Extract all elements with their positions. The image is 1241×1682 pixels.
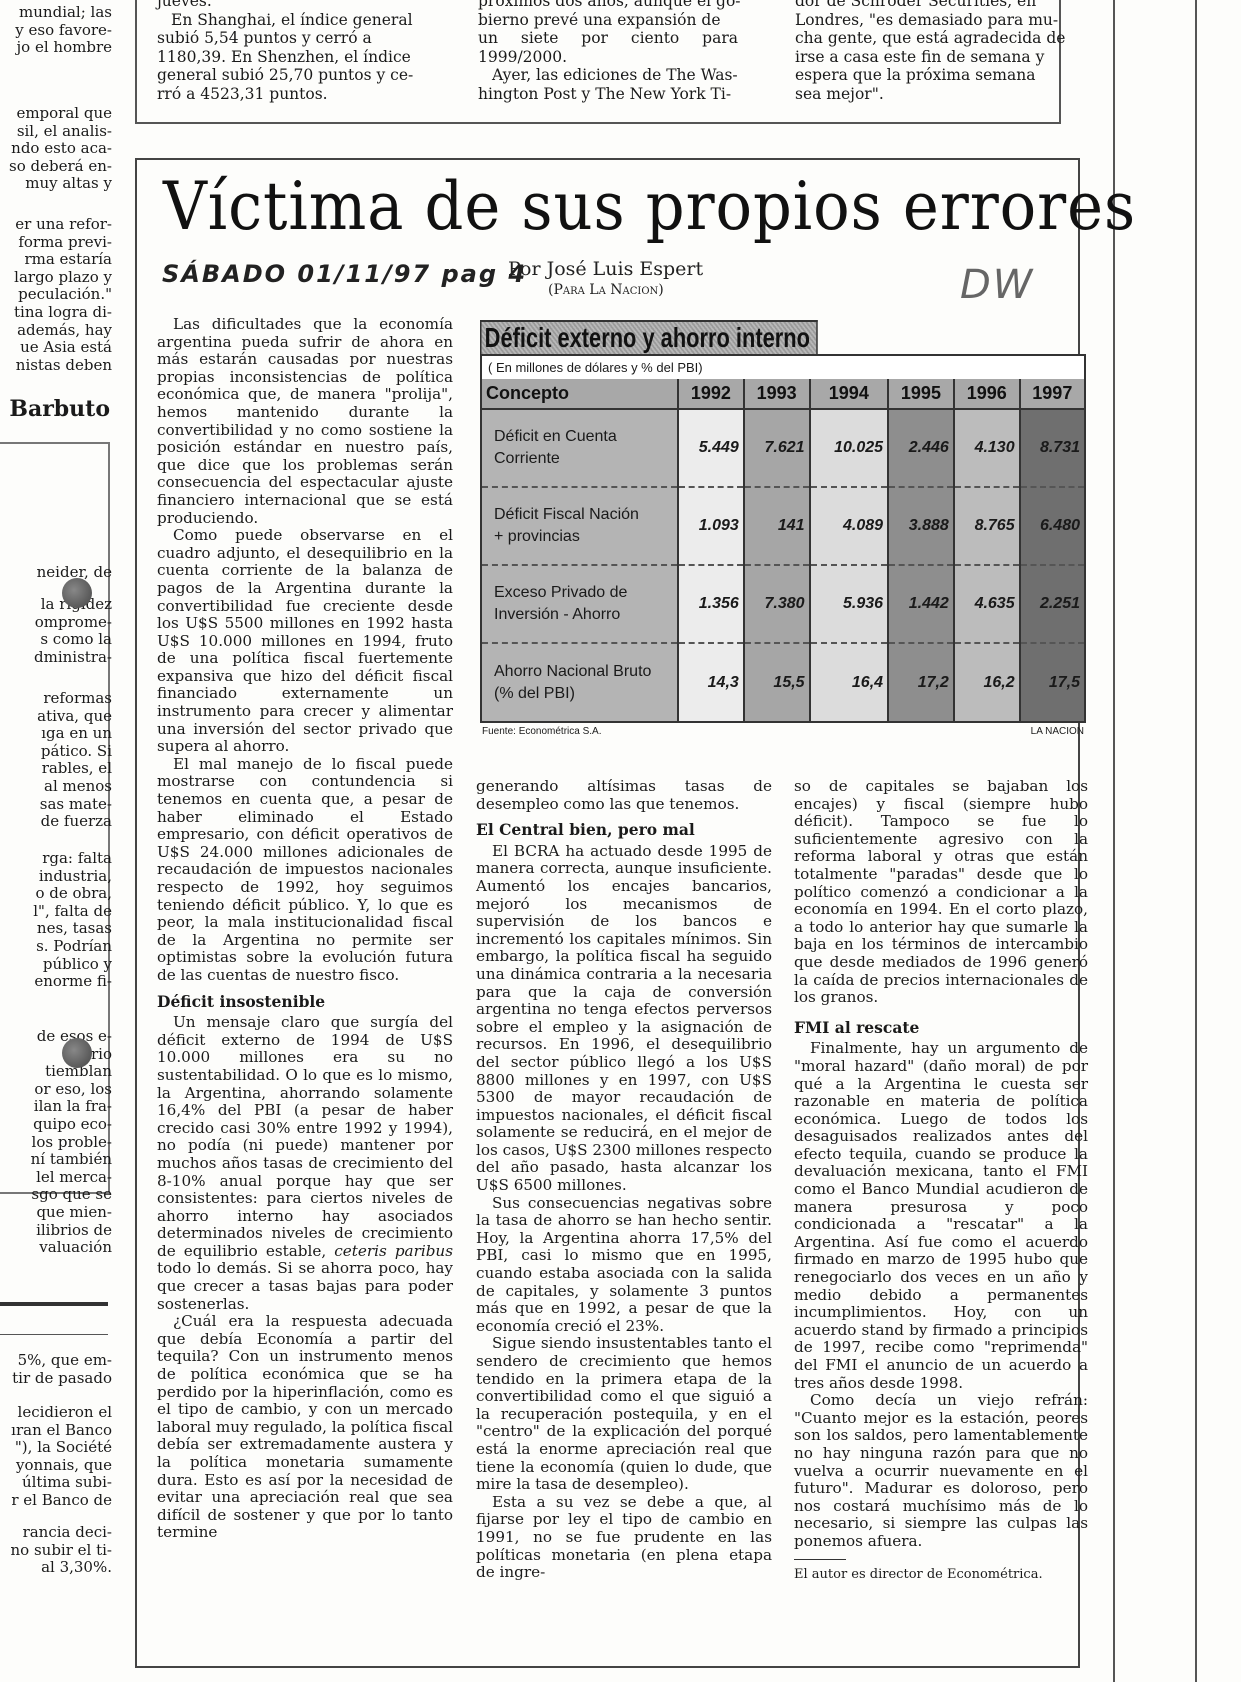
table-cell: 5.449 [678, 409, 744, 487]
table-cell: 8.765 [954, 487, 1020, 565]
row-label-line: + provincias [494, 526, 673, 548]
text-line: er una refor- [0, 216, 112, 234]
text-line: pático. Si [0, 743, 112, 761]
divider-rule [0, 1334, 108, 1335]
text-line: público y [0, 956, 112, 974]
text-line: la rigidez [0, 596, 112, 614]
column-header: 1995 [888, 379, 954, 409]
text-line: omprome- [0, 614, 112, 632]
table-footer: Fuente: Econométrica S.A. LA NACION [480, 723, 1086, 740]
text-line: irse a casa este fin de semana y [795, 48, 1065, 67]
table-cell: 4.635 [954, 565, 1020, 643]
text-line: 5%, que em- [0, 1352, 112, 1370]
hole-punch-mark [62, 578, 92, 608]
text-line: general subió 25,70 puntos y ce- [157, 66, 413, 85]
table-frame: ( En millones de dólares y % del PBI) Co… [480, 354, 1086, 723]
table-cell: 17,5 [1020, 643, 1084, 721]
text-line: neider, de [0, 564, 112, 582]
section-subhead: El Central bien, pero mal [476, 821, 772, 839]
text-line: l", falta de [0, 903, 112, 921]
adjacent-article-fragment-3: neider, de [0, 564, 112, 582]
column-header: 1997 [1020, 379, 1084, 409]
text-line: jueves. [157, 0, 413, 11]
text-line: jo el hombre [0, 39, 112, 57]
adjacent-article-fragment-1: emporal que sil, el analis- ndo esto aca… [0, 105, 112, 193]
section-subhead: FMI al rescate [794, 1019, 1088, 1037]
text-line: rma estaría [0, 251, 112, 269]
table-cell: 10.025 [810, 409, 888, 487]
column-header: 1996 [954, 379, 1020, 409]
text-line: rables, el [0, 760, 112, 778]
text-span: todo lo demás. Si se ahorra poco, hay qu… [157, 1259, 453, 1312]
text-line: rró a 4523,31 puntos. [157, 85, 413, 104]
author-note: El autor es director de Econométrica. [794, 1566, 1088, 1584]
column-header: 1992 [678, 379, 744, 409]
text-line: nes, tasas [0, 920, 112, 938]
text-line: última subi- [0, 1474, 112, 1492]
data-table-figure: Déficit externo y ahorro interno ( En mi… [480, 320, 1086, 740]
text-line: ndo esto aca- [0, 140, 112, 158]
previous-article-col-1: jueves. En Shanghai, el índice general s… [157, 0, 413, 103]
table-cell: 141 [744, 487, 810, 565]
text-line: sgo que se [0, 1186, 112, 1204]
text-line: al menos [0, 778, 112, 796]
text-line: un siete por ciento para [478, 29, 741, 48]
text-line: Ayer, las ediciones de The Was- [478, 66, 741, 85]
text-line: al 3,30%. [0, 1559, 112, 1577]
text-line: s. Podrían [0, 938, 112, 956]
table-cell: 16,2 [954, 643, 1020, 721]
text-line: ativa, que [0, 708, 112, 726]
text-line: los proble- [0, 1134, 112, 1152]
text-line: Londres, "es demasiado para mu- [795, 11, 1065, 30]
row-label-line: (% del PBI) [494, 683, 673, 705]
column-header: 1994 [810, 379, 888, 409]
table-header-row: Concepto 1992 1993 1994 1995 1996 1997 [482, 379, 1084, 409]
text-line: dor de Schroder Securities, en [795, 0, 1065, 11]
table-cell: 7.621 [744, 409, 810, 487]
row-label-line: Corriente [494, 448, 673, 470]
table-cell: 2.251 [1020, 565, 1084, 643]
article-column-3: so de capitales se bajaban los encajes) … [794, 778, 1088, 1583]
row-label: Ahorro Nacional Bruto(% del PBI) [482, 643, 678, 721]
text-line: sil, el analis- [0, 123, 112, 141]
paragraph: Sigue siendo insustentables tanto el sen… [476, 1335, 772, 1493]
text-line: r el Banco de [0, 1492, 112, 1510]
paragraph: Sus consecuencias negativas sobre la tas… [476, 1195, 772, 1336]
text-line: dministra- [0, 649, 112, 667]
article-headline: Víctima de sus propios errores [163, 168, 1136, 245]
table-row: Déficit en CuentaCorriente 5.449 7.621 1… [482, 409, 1084, 487]
handwritten-initials: DW [960, 262, 1034, 308]
text-line: mundial; las [0, 4, 112, 22]
text-line: emporal que [0, 105, 112, 123]
adjacent-article-fragment-6: rga: falta industria, o de obra, l", fal… [0, 850, 112, 991]
column-header: Concepto [482, 379, 678, 409]
paragraph: Finalmente, hay un argumento de "moral h… [794, 1040, 1088, 1392]
text-line: 1180,39. En Shenzhen, el índice [157, 48, 413, 67]
text-span: Un mensaje claro que surgía del déficit … [157, 1013, 453, 1260]
text-line: no subir el ti- [0, 1542, 112, 1560]
text-line: o de obra, [0, 885, 112, 903]
text-line: subió 5,54 puntos y cerró a [157, 29, 413, 48]
text-line: ıran el Banco [0, 1422, 112, 1440]
adjacent-article-fragment-top: mundial; las y eso favore- jo el hombre [0, 4, 112, 57]
text-line: espera que la próxima semana [795, 66, 1065, 85]
adjacent-article-fragment-4: la rigidez omprome- s como la dministra- [0, 596, 112, 666]
row-label: Exceso Privado deInversión - Ahorro [482, 565, 678, 643]
text-line: valuación [0, 1239, 112, 1257]
adjacent-article-fragment-8: 5%, que em- tir de pasado [0, 1352, 112, 1387]
table-row: Ahorro Nacional Bruto(% del PBI) 14,3 15… [482, 643, 1084, 721]
row-label: Déficit en CuentaCorriente [482, 409, 678, 487]
article-column-1: Las dificultades que la economía argenti… [157, 316, 453, 1542]
paragraph: Las dificultades que la economía argenti… [157, 316, 453, 527]
page-edge-rule [1113, 0, 1115, 1682]
table-cell: 4.130 [954, 409, 1020, 487]
text-line: tir de pasado [0, 1370, 112, 1388]
paragraph: El mal manejo de lo fiscal puede mostrar… [157, 756, 453, 985]
table-cell: 14,3 [678, 643, 744, 721]
paragraph: generando altísimas tasas de desempleo c… [476, 778, 772, 813]
section-subhead: Déficit insostenible [157, 993, 453, 1011]
table-cell: 16,4 [810, 643, 888, 721]
text-line: ilan la fra- [0, 1098, 112, 1116]
text-line: rancia deci- [0, 1524, 112, 1542]
text-line: lel merca- [0, 1169, 112, 1187]
adjacent-article-fragment-7: de esos e- enario tiemblan or eso, los i… [0, 1028, 112, 1257]
table-cell: 1.442 [888, 565, 954, 643]
text-line: de esos e- [0, 1028, 112, 1046]
column-header: 1993 [744, 379, 810, 409]
signoff-rule [794, 1559, 846, 1560]
table-row: Déficit Fiscal Nación+ provincias 1.093 … [482, 487, 1084, 565]
paragraph: Como decía un viejo refrán: "Cuanto mejo… [794, 1392, 1088, 1550]
paragraph: El BCRA ha actuado desde 1995 de manera … [476, 843, 772, 1195]
table-cell: 6.480 [1020, 487, 1084, 565]
text-line: "), la Société [0, 1439, 112, 1457]
text-line: cha gente, que está agradecida de [795, 29, 1065, 48]
adjacent-article-fragment-10: rancia deci- no subir el ti- al 3,30%. [0, 1524, 112, 1577]
text-line: lecidieron el [0, 1404, 112, 1422]
text-line: yonnais, que [0, 1457, 112, 1475]
text-line: ilibrios de [0, 1222, 112, 1240]
table-cell: 7.380 [744, 565, 810, 643]
row-label: Déficit Fiscal Nación+ provincias [482, 487, 678, 565]
row-label-line: Inversión - Ahorro [494, 604, 673, 626]
data-table: Concepto 1992 1993 1994 1995 1996 1997 D… [482, 379, 1084, 721]
table-cell: 17,2 [888, 643, 954, 721]
text-line: de fuerza [0, 813, 112, 831]
hole-punch-mark [62, 1038, 92, 1068]
handwritten-date-note: SÁBADO 01/11/97 pag 4 [162, 260, 527, 288]
adjacent-article-fragment-5: reformas ativa, que ıga en un pático. Si… [0, 690, 112, 831]
text-line: sea mejor". [795, 85, 1065, 104]
text-line: forma previ- [0, 234, 112, 252]
article-column-2: generando altísimas tasas de desempleo c… [476, 778, 772, 1582]
text-line: rga: falta [0, 850, 112, 868]
paragraph: so de capitales se bajaban los encajes) … [794, 778, 1088, 1007]
text-line: ní también [0, 1151, 112, 1169]
text-line: or eso, los [0, 1081, 112, 1099]
adjacent-author-name: Barbuto [0, 396, 110, 422]
text-line: bierno prevé una expansión de [478, 11, 741, 30]
text-line: largo plazo y [0, 269, 112, 287]
table-cell: 1.093 [678, 487, 744, 565]
text-line: nistas deben [0, 357, 112, 375]
text-line: reformas [0, 690, 112, 708]
previous-article-col-2: próximos dos años, aunque el go- bierno … [478, 0, 741, 103]
text-line: que mien- [0, 1204, 112, 1222]
text-line: enario [0, 1046, 112, 1064]
row-label-line: Ahorro Nacional Bruto [494, 661, 673, 683]
byline: Por José Luis Espert [508, 258, 703, 280]
table-cell: 15,5 [744, 643, 810, 721]
text-line: quipo eco- [0, 1116, 112, 1134]
text-line: además, hay [0, 322, 112, 340]
table-subtitle: ( En millones de dólares y % del PBI) [482, 356, 1084, 379]
row-label-line: Déficit en Cuenta [494, 426, 673, 448]
table-cell: 3.888 [888, 487, 954, 565]
text-line: 1999/2000. [478, 48, 741, 67]
row-label-line: Exceso Privado de [494, 582, 673, 604]
text-line: ıga en un [0, 725, 112, 743]
table-credit: LA NACION [1031, 726, 1084, 737]
text-line: peculación." [0, 286, 112, 304]
text-line: próximos dos años, aunque el go- [478, 0, 741, 11]
table-cell: 4.089 [810, 487, 888, 565]
table-cell: 8.731 [1020, 409, 1084, 487]
paragraph: Como puede observarse en el cuadro adjun… [157, 527, 453, 756]
text-line: hington Post y The New York Ti- [478, 85, 741, 104]
paragraph: Esta a su vez se debe a que, al fijarse … [476, 1494, 772, 1582]
table-row: Exceso Privado deInversión - Ahorro 1.35… [482, 565, 1084, 643]
byline-affiliation: (Para La Nacion) [548, 282, 664, 298]
text-line: sas mate- [0, 796, 112, 814]
table-cell: 2.446 [888, 409, 954, 487]
table-title: Déficit externo y ahorro interno [480, 320, 818, 354]
paragraph: ¿Cuál era la respuesta adecuada que debí… [157, 1313, 453, 1542]
table-cell: 5.936 [810, 565, 888, 643]
text-line: y eso favore- [0, 22, 112, 40]
row-label-line: Déficit Fiscal Nación [494, 504, 673, 526]
table-cell: 1.356 [678, 565, 744, 643]
adjacent-article-fragment-9: lecidieron el ıran el Banco "), la Socié… [0, 1404, 112, 1510]
table-source: Fuente: Econométrica S.A. [482, 726, 602, 737]
text-line: enorme fi- [0, 973, 112, 991]
text-line: tina logra di- [0, 304, 112, 322]
text-line: s como la [0, 631, 112, 649]
previous-article-col-3: dor de Schroder Securities, en Londres, … [795, 0, 1065, 103]
divider-rule [0, 1302, 108, 1306]
page-edge-rule [1195, 0, 1197, 1682]
text-line: En Shanghai, el índice general [157, 11, 413, 30]
text-line: industria, [0, 868, 112, 886]
italic-phrase: ceteris paribus [334, 1242, 453, 1260]
adjacent-article-fragment-2: er una refor- forma previ- rma estaría l… [0, 216, 112, 374]
text-line: ue Asia está [0, 339, 112, 357]
text-line: so deberá en- [0, 158, 112, 176]
text-line: muy altas y [0, 175, 112, 193]
paragraph: Un mensaje claro que surgía del déficit … [157, 1014, 453, 1313]
text-line: tiemblan [0, 1063, 112, 1081]
